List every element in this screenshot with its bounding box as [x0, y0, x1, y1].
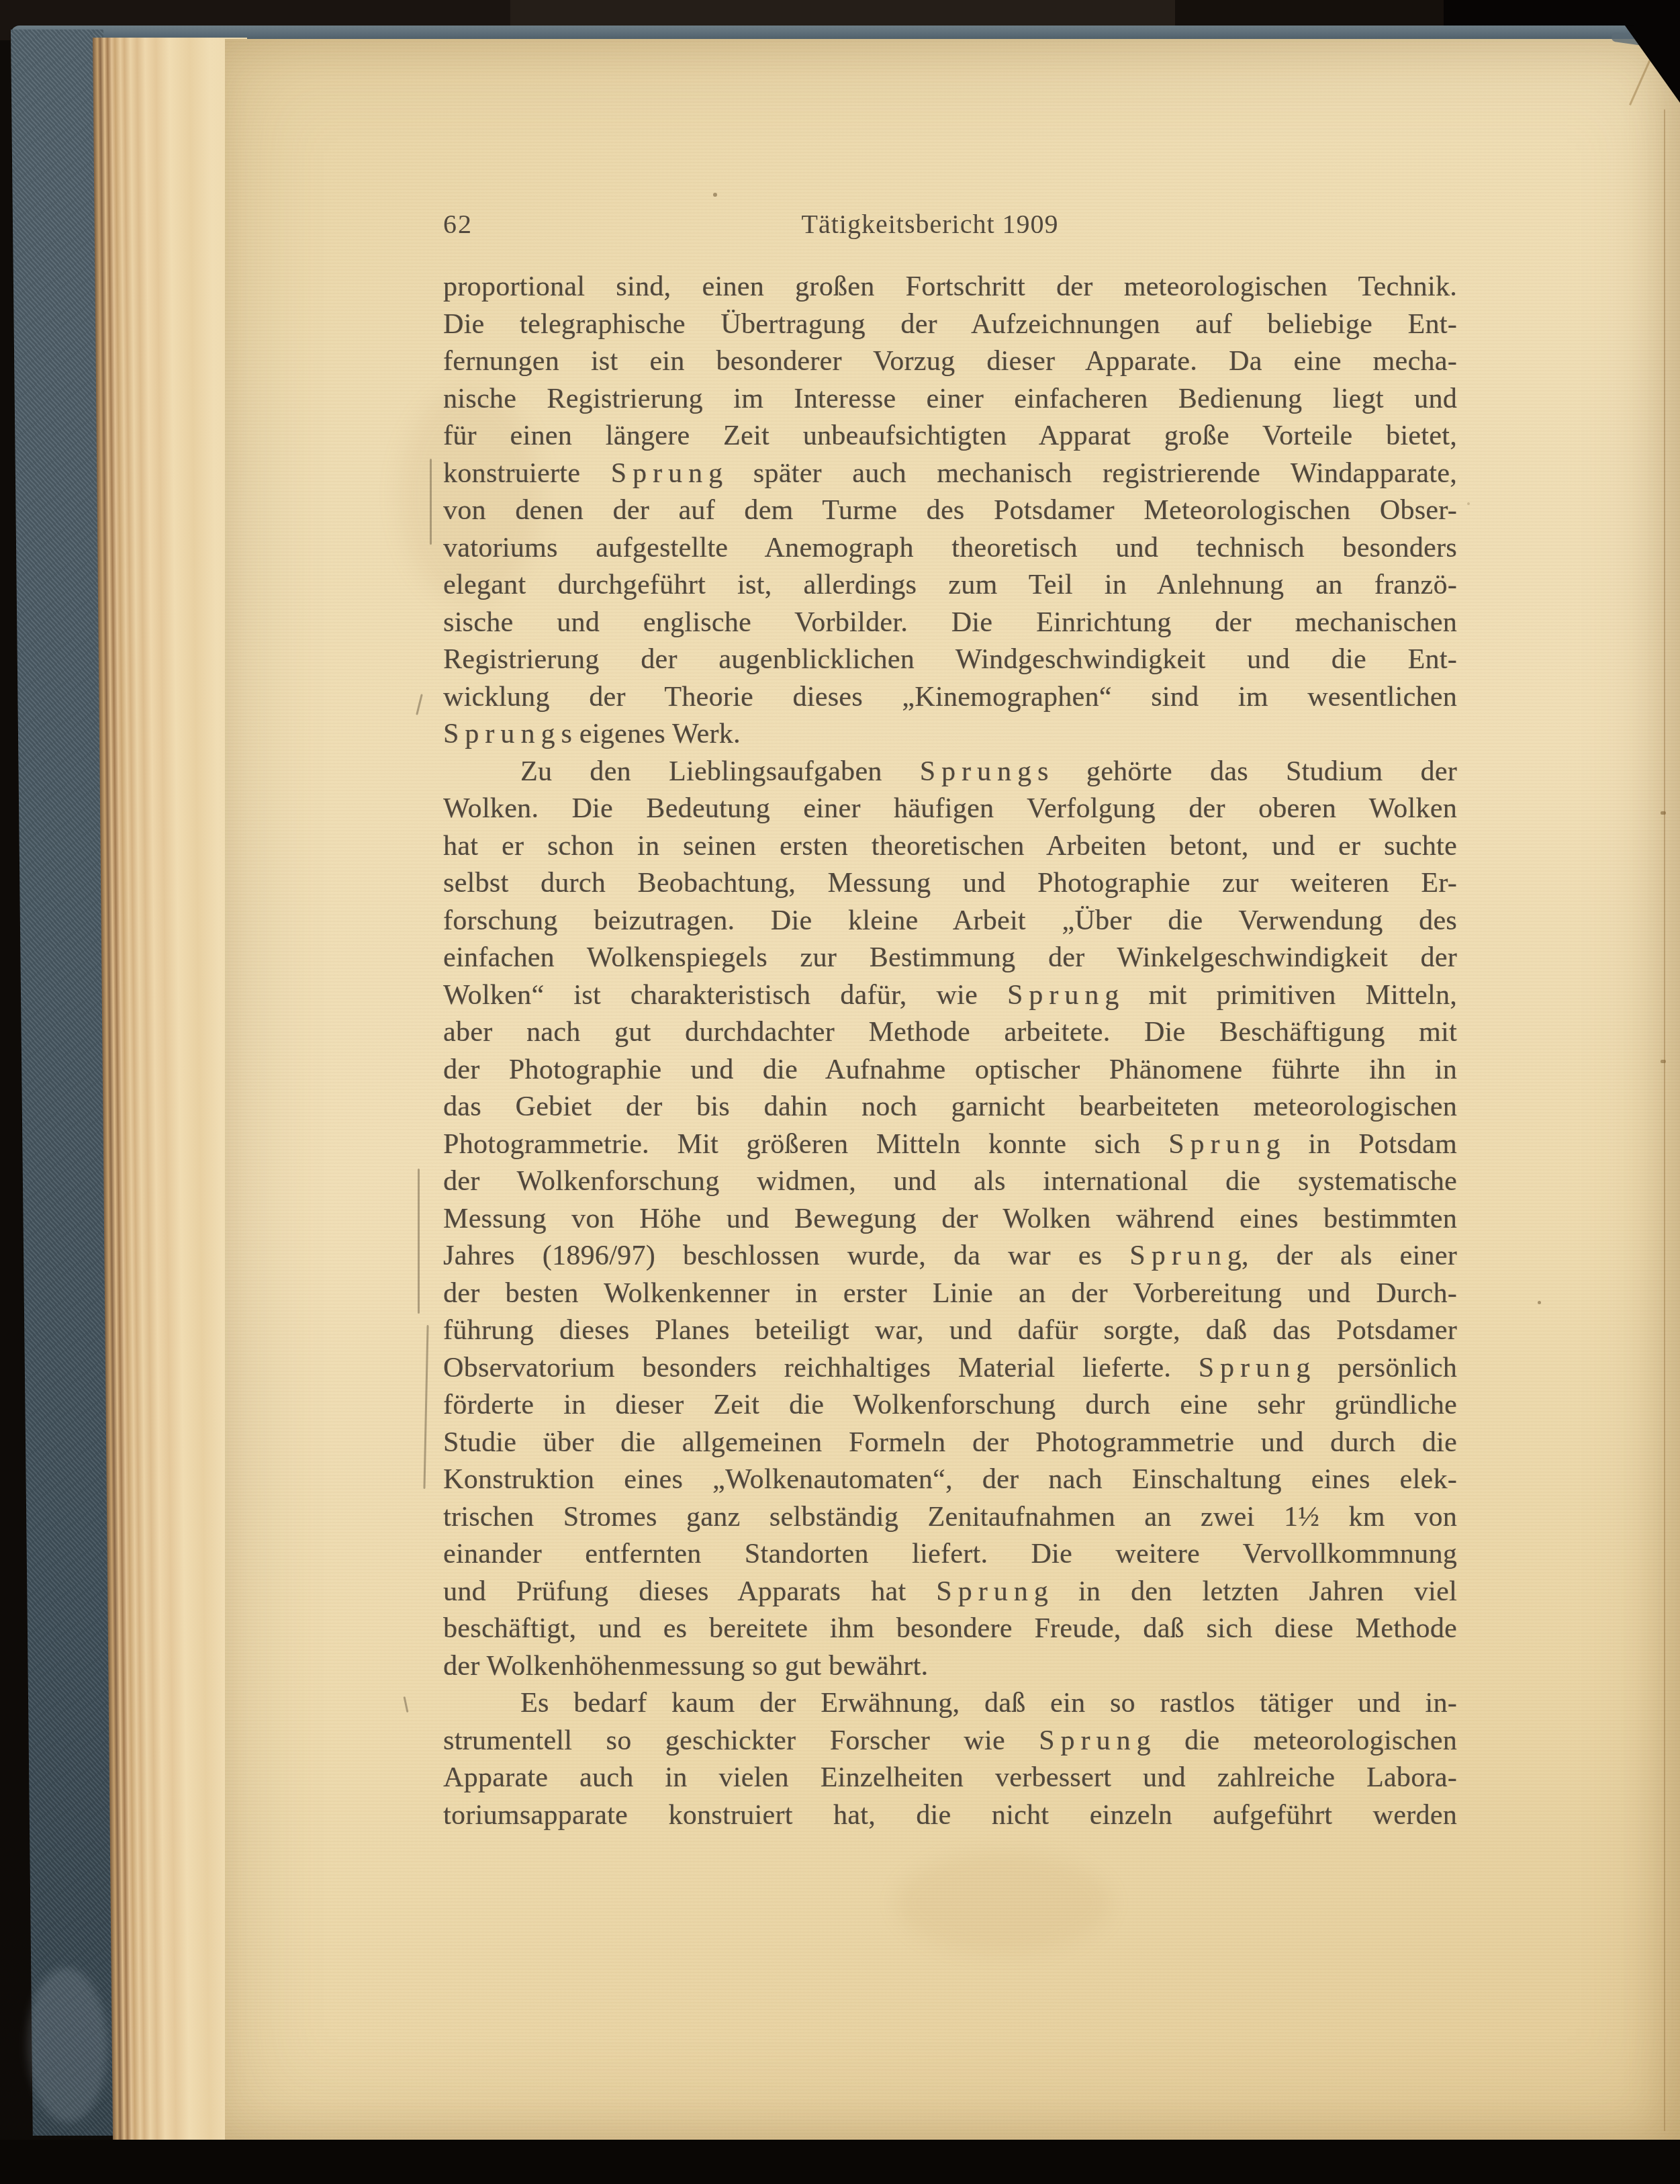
text-line: konstruierte S p r u n g später auch mec…: [443, 455, 1457, 493]
text-line: forschung beizutragen. Die kleine Arbeit…: [443, 903, 1457, 940]
book-scan-scene: { "page": { "page_number": "62", "runnin…: [0, 0, 1680, 2184]
paper-speck: [1313, 1704, 1315, 1707]
paper-speck: [1538, 1301, 1541, 1304]
text-line: S p r u n g s eigenes Werk.: [443, 716, 1457, 754]
page-edge-nick: [1661, 1060, 1666, 1063]
text-line: Es bedarf kaum der Erwähnung, daß ein so…: [443, 1685, 1457, 1723]
text-line: Studie über die allgemeinen Formeln der …: [443, 1424, 1457, 1462]
margin-pencil-mark: [430, 459, 432, 545]
text-line: elegant durchgeführt ist, allerdings zum…: [443, 567, 1457, 604]
paper-speck: [713, 193, 717, 197]
text-line: Apparate auch in vielen Einzelheiten ver…: [443, 1760, 1457, 1797]
text-line: toriumsapparate konstruiert hat, die nic…: [443, 1797, 1457, 1835]
paper-speck: [1467, 502, 1470, 505]
text-line: und Prüfung dieses Apparats hat S p r u …: [443, 1574, 1457, 1611]
text-line: von denen der auf dem Turme des Potsdame…: [443, 492, 1457, 530]
text-line: förderte in dieser Zeit die Wolkenforsch…: [443, 1387, 1457, 1424]
text-line: der besten Wolkenkenner in erster Linie …: [443, 1275, 1457, 1313]
text-line: hat er schon in seinen ersten theoretisc…: [443, 828, 1457, 866]
text-line: Konstruktion eines „Wolkenautomaten“, de…: [443, 1461, 1457, 1499]
running-header: Tätigkeitsbericht 1909: [695, 208, 1165, 240]
text-line: Messung von Höhe und Bewegung der Wolken…: [443, 1201, 1457, 1238]
margin-pencil-mark: [418, 1169, 420, 1314]
text-line: sische und englische Vorbilder. Die Einr…: [443, 604, 1457, 642]
text-line: Wolken“ ist charakteristisch dafür, wie …: [443, 977, 1457, 1015]
paper-speck: [574, 852, 577, 854]
text-line: vatoriums aufgestellte Anemograph theore…: [443, 530, 1457, 567]
text-line: der Wolkenhöhenmessung so gut bewährt.: [443, 1648, 1457, 1686]
text-block: proportional sind, einen großen Fortschr…: [443, 269, 1457, 1834]
text-line: selbst durch Beobachtung, Messung und Ph…: [443, 865, 1457, 903]
text-line: Jahres (1896/97) beschlossen wurde, da w…: [443, 1238, 1457, 1275]
text-line: der Photographie und die Aufnahme optisc…: [443, 1052, 1457, 1089]
page-crease-line: [1664, 109, 1665, 2131]
text-line: strumentell so geschickter Forscher wie …: [443, 1723, 1457, 1760]
text-line: einfachen Wolkenspiegels zur Bestimmung …: [443, 940, 1457, 977]
paper-stain: [896, 1852, 1111, 1953]
text-line: einander entfernten Standorten liefert. …: [443, 1536, 1457, 1574]
text-line: Registrierung der augenblicklichen Windg…: [443, 641, 1457, 679]
page-number: 62: [443, 208, 473, 240]
text-line: für einen längere Zeit unbeaufsichtigten…: [443, 418, 1457, 455]
text-line: beschäftigt, und es bereitete ihm besond…: [443, 1610, 1457, 1648]
text-line: wicklung der Theorie dieses „Kinemograph…: [443, 679, 1457, 717]
page-header: 62 Tätigkeitsbericht 1909: [225, 208, 1680, 242]
text-line: Zu den Lieblingsaufgaben S p r u n g s g…: [443, 754, 1457, 791]
text-line: Wolken. Die Bedeutung einer häufigen Ver…: [443, 790, 1457, 828]
text-line: aber nach gut durchdachter Methode arbei…: [443, 1014, 1457, 1052]
text-line: Photogrammetrie. Mit größeren Mitteln ko…: [443, 1126, 1457, 1164]
page-edge-nick: [1661, 811, 1666, 815]
text-line: fernungen ist ein besonderer Vorzug dies…: [443, 343, 1457, 381]
text-line: nische Registrierung im Interesse einer …: [443, 381, 1457, 418]
text-line: proportional sind, einen großen Fortschr…: [443, 269, 1457, 306]
background-shadow-bottom: [0, 2140, 1680, 2184]
text-line: Die telegraphische Übertragung der Aufze…: [443, 306, 1457, 344]
text-line: der Wolkenforschung widmen, und als inte…: [443, 1163, 1457, 1201]
text-line: trischen Stromes ganz selbständig Zenita…: [443, 1499, 1457, 1537]
book-page: 62 Tätigkeitsbericht 1909 proportional s…: [225, 39, 1680, 2141]
text-line: das Gebiet der bis dahin noch garnicht b…: [443, 1089, 1457, 1126]
text-line: führung dieses Planes beteiligt war, und…: [443, 1312, 1457, 1350]
text-line: Observatorium besonders reichhaltiges Ma…: [443, 1350, 1457, 1387]
